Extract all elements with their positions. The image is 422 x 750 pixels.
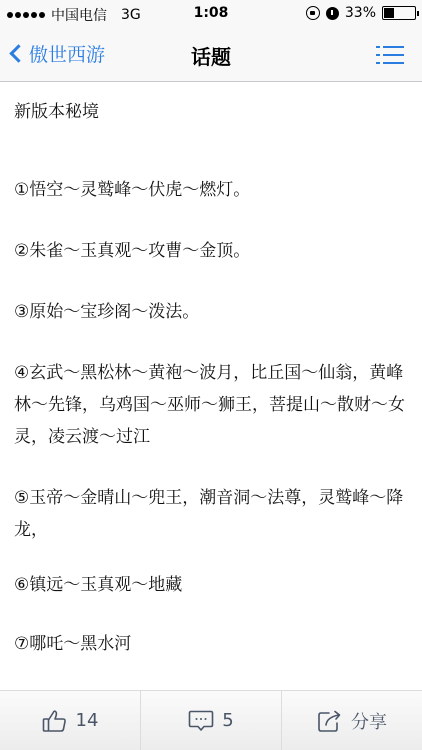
- battery-icon: [382, 6, 416, 20]
- share-button[interactable]: 分享: [281, 691, 422, 750]
- like-button[interactable]: 14: [0, 691, 140, 750]
- thumbs-up-icon: [42, 709, 68, 733]
- paragraph: ①悟空～灵鹫峰～伏虎～燃灯。: [14, 174, 414, 206]
- comment-button[interactable]: 5: [140, 691, 281, 750]
- status-bar: 中国电信 3G 1:08 33%: [0, 0, 422, 28]
- like-count: 14: [76, 710, 99, 731]
- paragraph: ④玄武～黑松林～黄袍～波月，比丘国～仙翁，黄峰林～先锋，乌鸡国～巫师～狮王，菩提…: [14, 357, 414, 453]
- chevron-left-icon: [9, 44, 27, 62]
- bottom-action-bar: 14 5 分享: [0, 690, 422, 750]
- share-label: 分享: [351, 708, 387, 734]
- back-label: 傲世西游: [29, 40, 105, 67]
- back-button[interactable]: 傲世西游: [6, 40, 105, 67]
- paragraph-heading: 新版本秘境: [14, 96, 414, 128]
- alarm-icon: [326, 7, 339, 20]
- share-icon: [317, 709, 343, 733]
- navigation-bar: 傲世西游 话题: [0, 28, 422, 82]
- topic-content: 新版本秘境 ①悟空～灵鹫峰～伏虎～燃灯。 ②朱雀～玉真观～攻曹～金顶。 ③原始～…: [0, 82, 422, 690]
- rotation-lock-icon: [306, 6, 320, 20]
- paragraph: ③原始～宝珍阁～泼法。: [14, 296, 414, 328]
- comment-count: 5: [222, 710, 233, 731]
- paragraph: ⑤玉帝～金晴山～兜王，潮音洞～法尊，灵鹫峰～降龙，: [14, 482, 414, 546]
- comment-icon: [188, 709, 214, 733]
- paragraph: ⑦哪吒～黑水河: [14, 628, 414, 660]
- battery-percent: 33%: [345, 5, 376, 21]
- paragraph: ②朱雀～玉真观～攻曹～金顶。: [14, 235, 414, 267]
- paragraph: ⑥镇远～玉真观～地藏: [14, 569, 414, 601]
- list-menu-button[interactable]: [376, 43, 404, 67]
